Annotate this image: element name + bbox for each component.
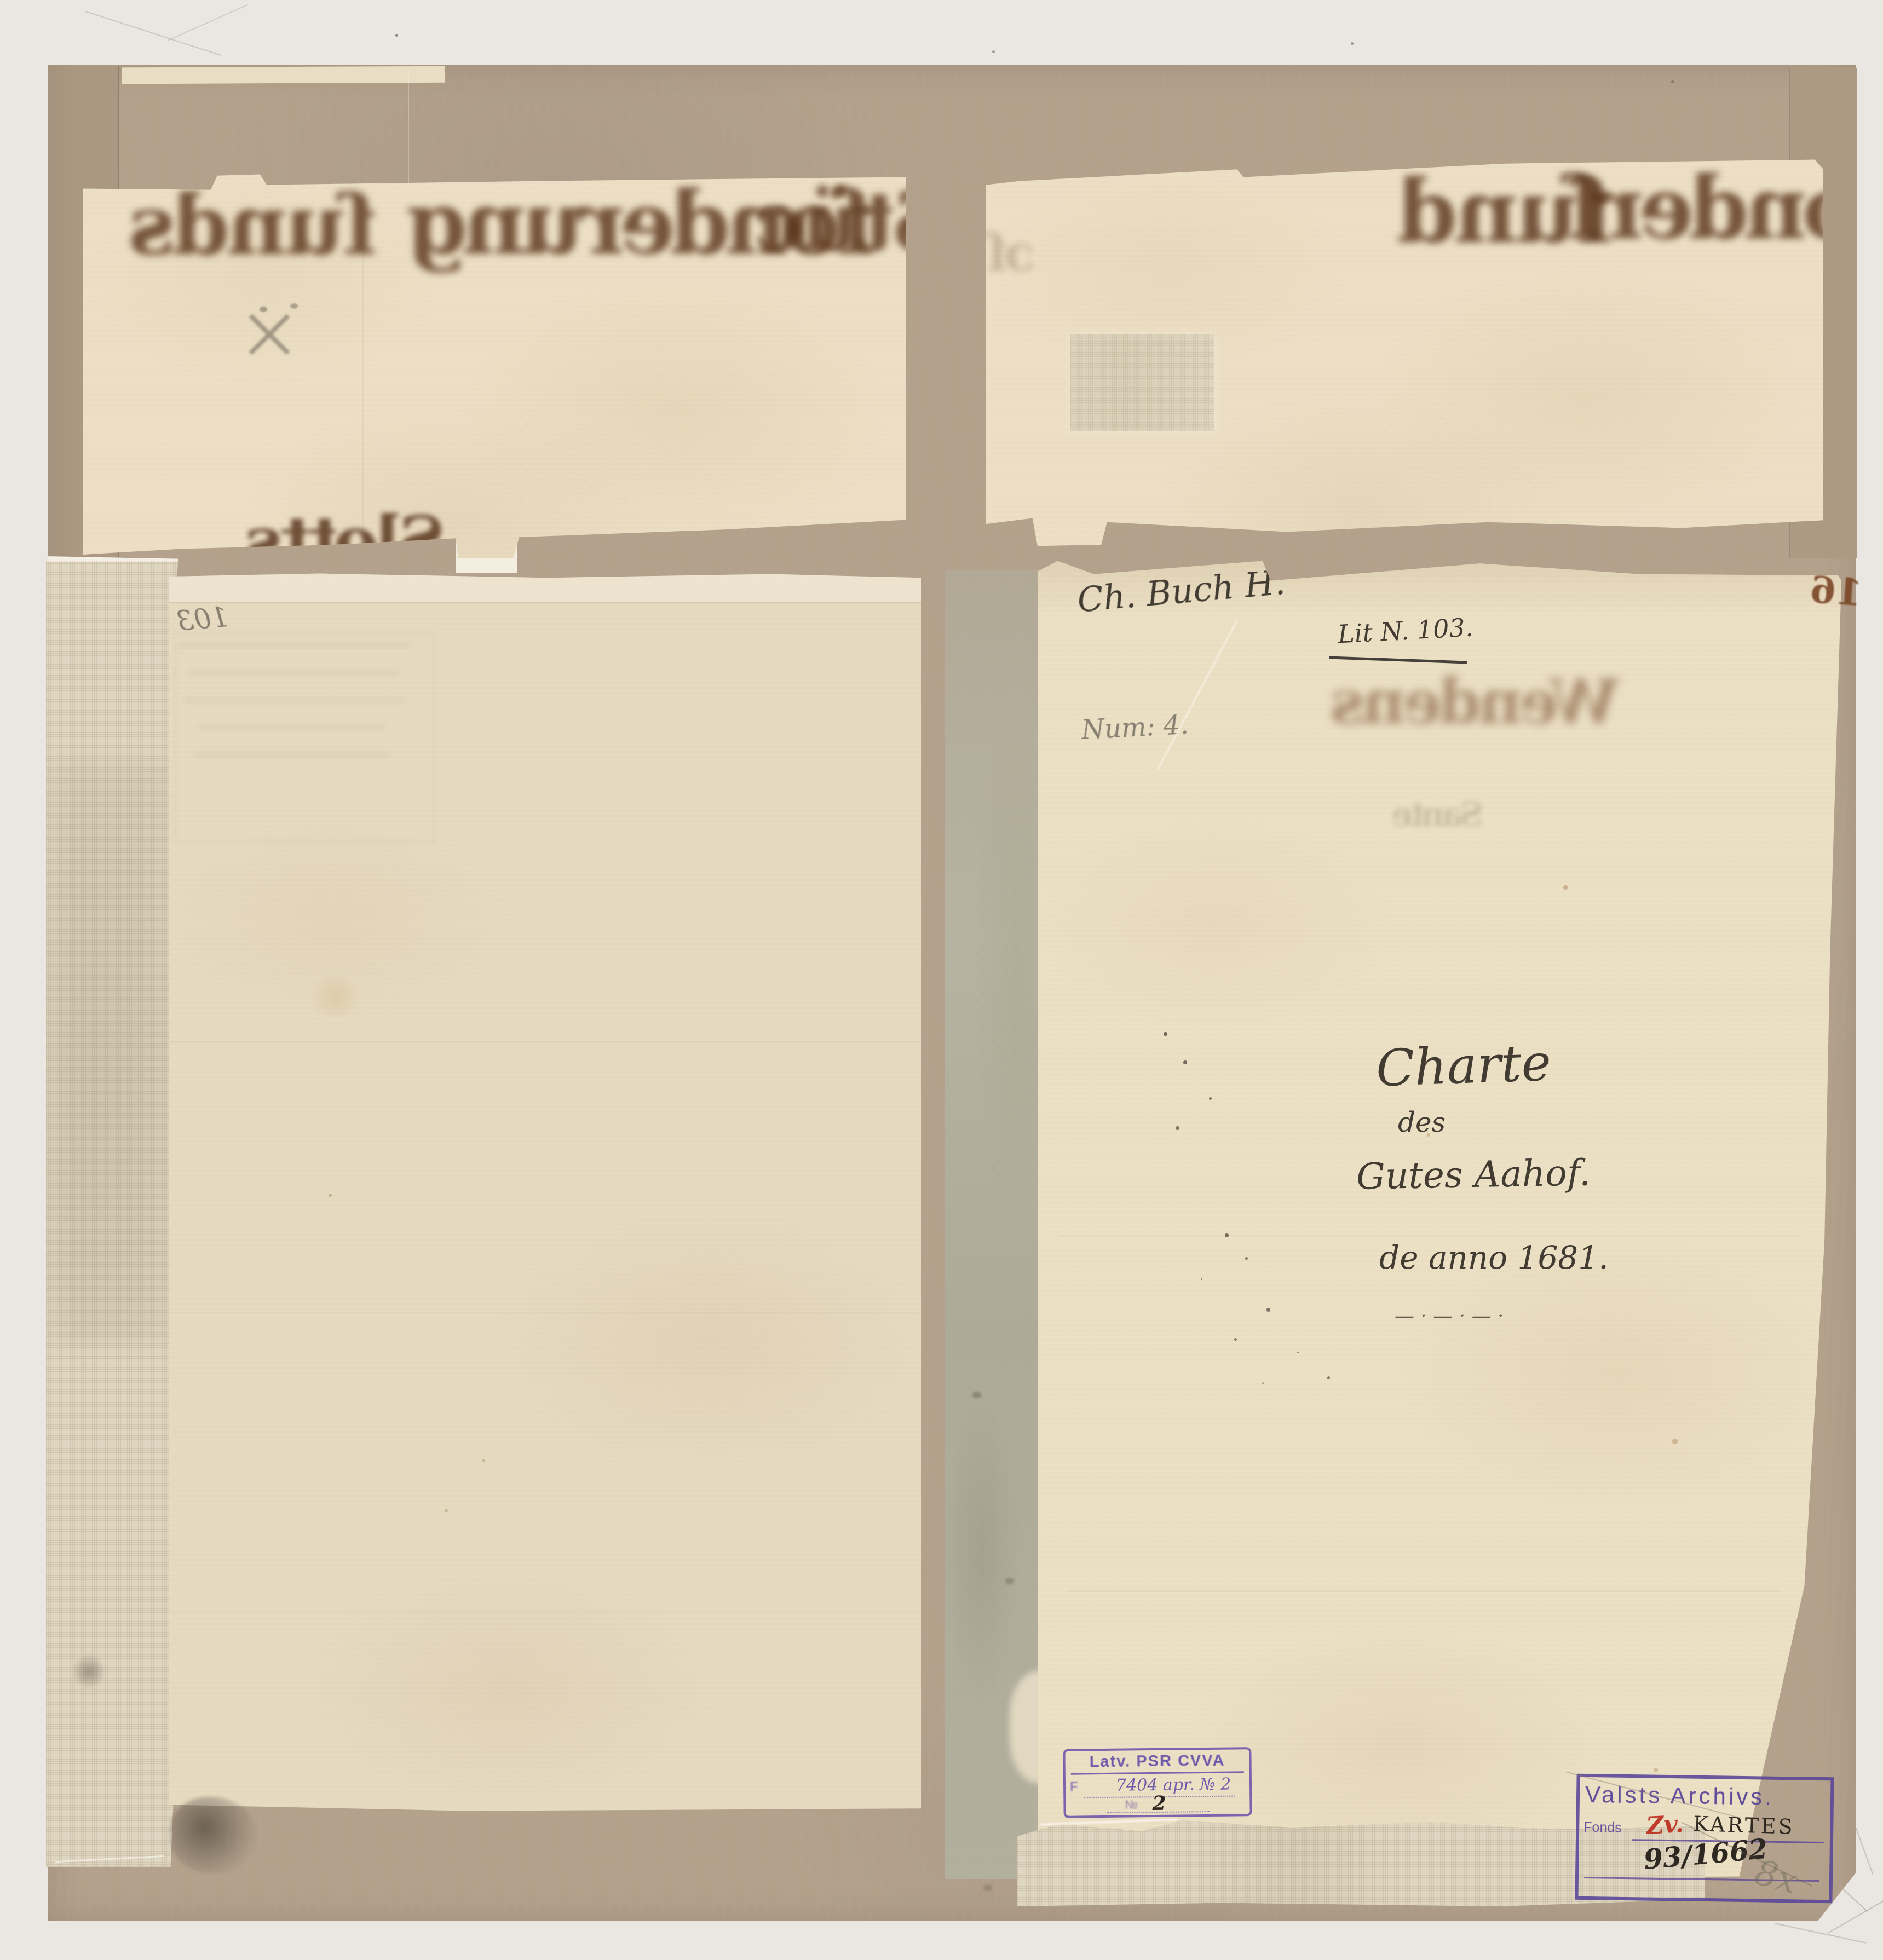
repair-patch [1070,334,1214,431]
cvva-stamp-rule [1071,1771,1244,1774]
scan-scratch [1775,1923,1867,1943]
title-line-1: Charte [1375,1033,1552,1098]
cvva-stamp-fond-prefix: F [1070,1780,1078,1795]
scan-scratch [1856,1828,1874,1874]
dark-stain-small [74,1655,104,1688]
fox-spots [329,1194,332,1197]
dark-stain-large [170,1797,257,1873]
cvva-stamp: Latv. PSR CVVA F 7404 apr. № 2 № 2 [1063,1747,1252,1818]
board-crease [408,70,409,184]
sheet-crease [169,1312,921,1313]
valsts-stamp-fonds-red: Zv. [1645,1810,1684,1840]
cartouche-ghost-box [174,632,435,843]
yellow-stain [306,978,366,1016]
cloth-thread [55,1855,164,1863]
valsts-stamp-fonds-label: Fonds [1583,1820,1622,1836]
map-edge-sliver [122,66,445,84]
cloth-wash-stain [51,764,166,1339]
bleedthrough-ghost: Wendens [1333,666,1619,738]
lower-left-sheet: 103 [169,572,921,1812]
bleedthrough-word: ſunds [131,176,377,274]
scan-scratch [85,11,221,56]
x-mark: ⨉ [247,304,291,368]
scan-scratch [168,4,249,41]
cvva-stamp-fond-number: 7404 apr. № 2 [1116,1775,1231,1795]
cvva-stamp-number-label: № [1125,1797,1138,1812]
title-line-3: Gutes Aahof. [1356,1151,1591,1197]
title-line-4: de anno 1681. [1379,1239,1609,1276]
top-right-panel: ſund Sonderſ ɔſ [986,158,1823,547]
gray-dots [260,307,267,312]
top-left-panel: ſunds ſonderung Stüc ⨉ Slotts [83,172,906,558]
diagonal-crease [1156,620,1237,770]
bleedthrough-remnant: ɔſ [989,223,1035,283]
ink-dot-cluster [1164,1032,1167,1036]
cvva-stamp-header: Latv. PSR CVVA [1065,1751,1249,1772]
title-line-2: des [1398,1106,1446,1138]
linen-backing-strip [46,556,178,1867]
scan-scratch [1828,1900,1883,1934]
sheet-crease [169,602,921,603]
valsts-stamp-title: Valsts Archivs. [1585,1782,1775,1811]
lit-underline [1329,656,1467,664]
sheet-crease [1059,1235,1799,1236]
strip-spots [972,1392,981,1398]
lit-number: Lit N. 103. [1337,613,1474,649]
bleedthrough-ghost-small: Sante [1395,795,1483,834]
lower-right-sheet: Ch. Buch H. Lit N. 103. Wendens Num: 4. … [1038,550,1841,1878]
title-flourish: — · — · — · [1395,1305,1504,1327]
dust-specks [395,34,398,37]
corner-number-mirrored: 16 [1809,568,1863,615]
fox-spots [1563,885,1568,890]
panel-crease [362,189,364,539]
sheet-crease [1070,1590,1778,1592]
sheet-crease [169,1041,921,1042]
archival-map-verso-scan: ſunds ſonderung Stüc ⨉ Slotts ſund Sonde… [0,0,1883,1960]
sheet-crease [169,1611,921,1612]
